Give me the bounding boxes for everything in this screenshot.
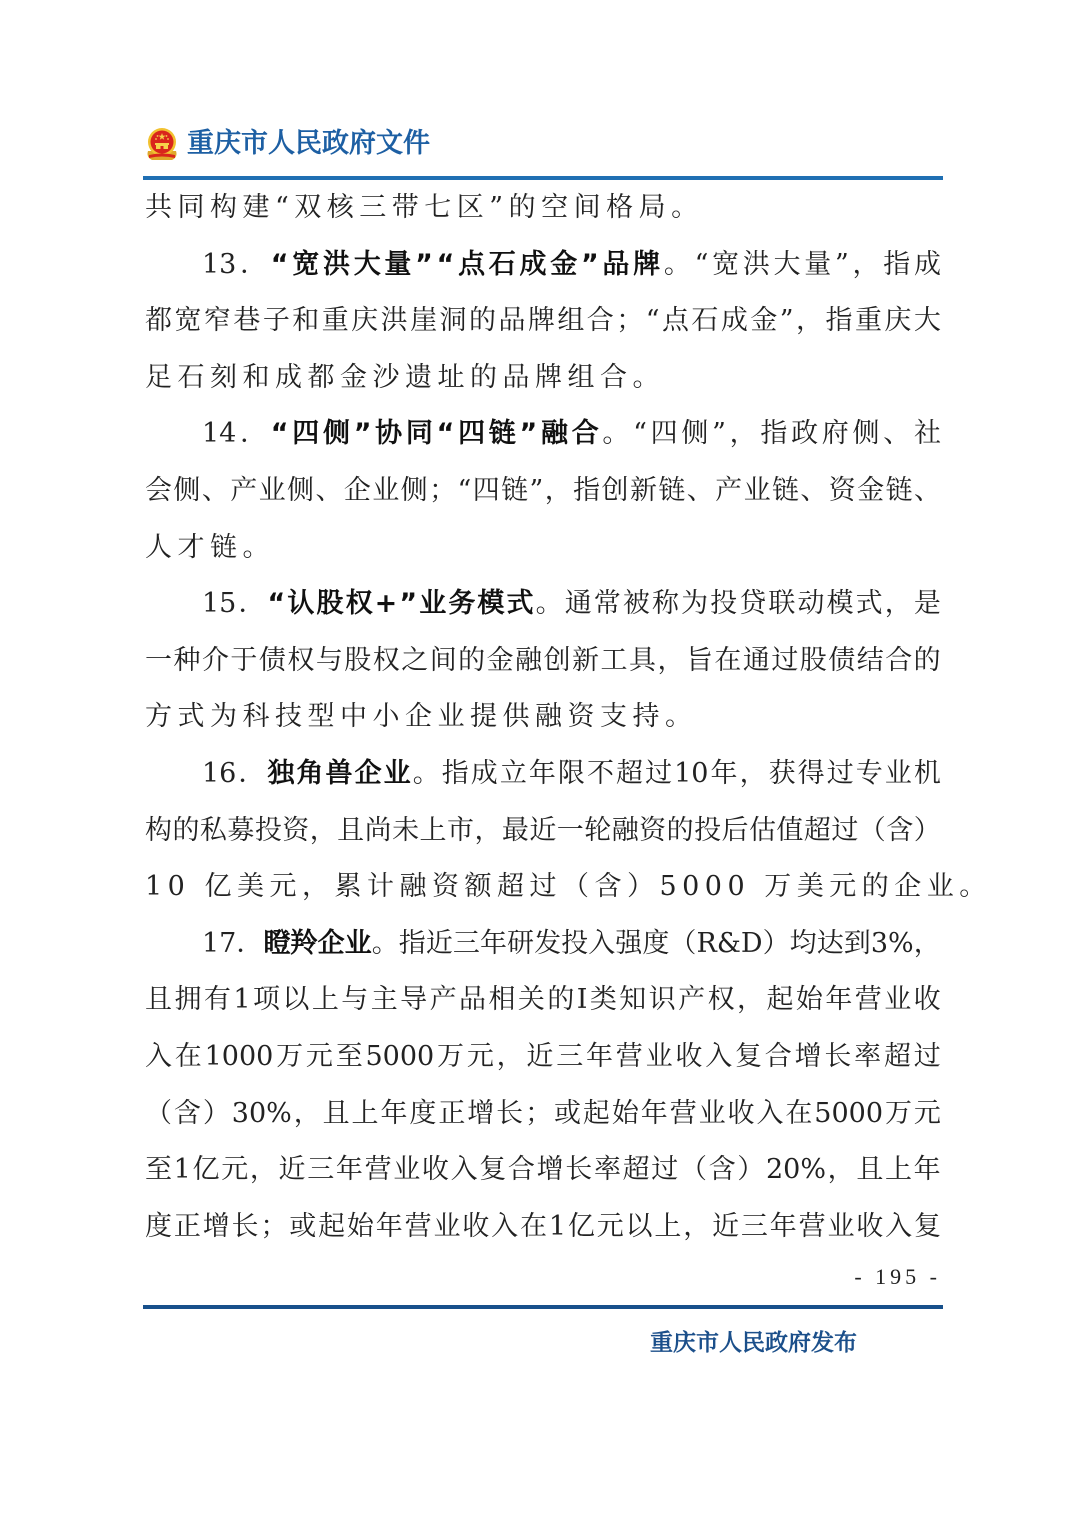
text-char: 会 — [145, 463, 172, 520]
text-char: 轮 — [584, 803, 611, 860]
text-char: 社 — [914, 406, 941, 463]
term-heading-char: 量 — [384, 237, 411, 294]
text-char: 超 — [616, 746, 643, 803]
text-line: 方式为科技型中小企业提供融资支持。 — [145, 689, 941, 746]
text-line: 构的私募投资，且尚未上市，最近一轮融资的投后估值超过（含） — [145, 803, 941, 860]
term-heading-char: 牌 — [633, 237, 660, 294]
text-char: 巷 — [233, 293, 260, 350]
term-heading-char: “ — [268, 576, 286, 633]
text-char: 含 — [174, 1086, 201, 1143]
text-char: 上 — [654, 1199, 681, 1256]
text-char: 一 — [145, 633, 172, 690]
text-char: 市 — [447, 803, 474, 860]
text-char: ， — [657, 633, 684, 690]
text-char: 收 — [856, 1199, 883, 1256]
text-char: 研 — [507, 916, 534, 973]
text-char: 度 — [409, 1086, 436, 1143]
text-char: 上 — [885, 1142, 912, 1199]
text-char: 宽 — [712, 237, 739, 294]
term-heading-char: 同 — [406, 406, 433, 463]
text-char: 权 — [373, 633, 400, 690]
text-char: ， — [497, 1029, 524, 1086]
text-char: 得 — [798, 746, 825, 803]
text-char: 15 — [202, 576, 236, 633]
text-char: 三 — [556, 1029, 583, 1086]
text-char: 收 — [422, 1142, 449, 1199]
term-heading-char: 四 — [458, 406, 485, 463]
text-char: 业 — [259, 463, 286, 520]
text-char: 链 — [501, 463, 528, 520]
text-char: 以 — [282, 972, 309, 1029]
text-char: 产 — [230, 463, 257, 520]
text-char: 侧 — [401, 463, 428, 520]
text-char: 获 — [769, 746, 796, 803]
text-segment: 足石刻和成都金沙遗址的品牌组合。 — [145, 350, 665, 407]
term-heading-char: 洪 — [323, 237, 350, 294]
text-char: 营 — [855, 972, 882, 1029]
text-char: 估 — [749, 803, 776, 860]
text-char: 的 — [172, 803, 199, 860]
text-char: 复 — [914, 1199, 941, 1256]
term-heading-char: 点 — [458, 237, 485, 294]
text-char: 年 — [480, 916, 507, 973]
text-char: 含 — [886, 803, 913, 860]
text-char: 达 — [817, 916, 844, 973]
text-char: 增 — [537, 1142, 564, 1199]
text-char: 识 — [649, 972, 676, 1029]
text-char: 主 — [371, 972, 398, 1029]
text-char: 年 — [641, 1086, 668, 1143]
text-char: 上 — [312, 972, 339, 1029]
term-heading-char: 务 — [448, 576, 475, 633]
text-char: 近 — [526, 1029, 553, 1086]
text-char: 未 — [392, 803, 419, 860]
text-char: 5000 — [366, 1029, 435, 1086]
text-char: 结 — [857, 633, 884, 690]
text-char: 在 — [520, 1199, 547, 1256]
text-char: 子 — [263, 293, 290, 350]
text-char: 募 — [227, 803, 254, 860]
term-heading-char: 独 — [267, 746, 294, 803]
text-char: 1000 — [205, 1029, 274, 1086]
text-char: ） — [914, 803, 941, 860]
text-char: 14 — [202, 406, 236, 463]
text-char: 入 — [451, 1142, 478, 1199]
text-char: 13 — [202, 237, 236, 294]
text-char: 、 — [315, 463, 342, 520]
text-char: 长 — [496, 1086, 523, 1143]
text-char: 重 — [855, 293, 882, 350]
text-line: 15．“认股权+”业务模式。通常被称为投贷联动模式，是 — [145, 576, 941, 633]
header-title: 重庆市人民政府文件 — [187, 122, 430, 166]
term-heading-char: ” — [399, 576, 417, 633]
text-char: 金 — [857, 463, 884, 520]
text-char: 年 — [825, 972, 852, 1029]
text-char: 度 — [642, 916, 669, 973]
text-char: 年 — [711, 746, 738, 803]
term-heading-char: ” — [354, 406, 372, 463]
text-char: 增 — [203, 1199, 230, 1256]
text-char: 机 — [914, 746, 941, 803]
text-char: 1 — [174, 1142, 191, 1199]
text-char: 5000 — [814, 1086, 883, 1143]
text-char: 年 — [376, 1199, 403, 1256]
text-char: 业 — [646, 1029, 673, 1086]
text-char: 率 — [594, 1142, 621, 1199]
term-heading-char: 业 — [419, 576, 446, 633]
text-char: 崖 — [410, 293, 437, 350]
text-char: 资 — [282, 803, 309, 860]
text-char: 融 — [515, 633, 542, 690]
text-char: 最 — [502, 803, 529, 860]
text-char: 增 — [795, 1029, 822, 1086]
text-char: 链 — [658, 463, 685, 520]
text-char: 产 — [430, 972, 457, 1029]
text-char: 16 — [202, 746, 236, 803]
text-char: 入 — [756, 1086, 783, 1143]
text-char: 新 — [630, 463, 657, 520]
text-char: 都 — [145, 293, 172, 350]
text-char: 在 — [175, 1029, 202, 1086]
text-char: 元 — [221, 1142, 248, 1199]
text-char: 链 — [886, 463, 913, 520]
text-char: 度 — [145, 1199, 172, 1256]
text-char: 股 — [344, 633, 371, 690]
text-char: 始 — [347, 1199, 374, 1256]
text-char: ， — [796, 293, 823, 350]
text-char: 增 — [467, 1086, 494, 1143]
text-char: 产 — [678, 972, 705, 1029]
text-char: ， — [853, 237, 880, 294]
text-char: 与 — [316, 633, 343, 690]
text-char: 立 — [500, 746, 527, 803]
text-char: 亿 — [568, 1199, 595, 1256]
text-char: 指 — [573, 463, 600, 520]
text-char: ． — [240, 406, 267, 463]
text-segment: 人才链。 — [145, 520, 275, 577]
text-char: 成 — [721, 293, 748, 350]
text-char: 的 — [667, 803, 694, 860]
text-char: 侧 — [681, 406, 708, 463]
text-char: 联 — [768, 576, 795, 633]
text-char: 的 — [914, 633, 941, 690]
text-char: ， — [250, 1142, 277, 1199]
text-char: 复 — [735, 1029, 762, 1086]
text-char: （ — [669, 916, 696, 973]
text-char: ， — [737, 972, 764, 1029]
term-heading-char: 股 — [316, 576, 343, 633]
text-char: 业 — [885, 746, 912, 803]
text-char: 入 — [491, 1199, 518, 1256]
text-char: 于 — [230, 633, 257, 690]
text-char: ． — [240, 237, 267, 294]
page-number: - 195 - — [854, 1264, 941, 1290]
text-char: ， — [310, 803, 337, 860]
text-char: ． — [238, 576, 265, 633]
text-char: 元 — [914, 1086, 941, 1143]
text-char: ． — [236, 916, 263, 973]
text-char: 有 — [204, 972, 231, 1029]
text-char: 且 — [856, 1142, 883, 1199]
text-char: ） — [737, 1142, 764, 1199]
text-char: ， — [294, 1086, 321, 1143]
text-segment: 10 亿美元，累计融资额超过（含）5000 万美元的企业。 — [145, 859, 992, 916]
term-heading-char: 四 — [292, 406, 319, 463]
text-char: 1 — [549, 1199, 566, 1256]
text-line: 一种介于债权与股权之间的金融创新工具，旨在通过股债结合的 — [145, 633, 941, 690]
term-heading-char: “ — [437, 237, 455, 294]
text-char: 到 — [844, 916, 871, 973]
text-char: 政 — [791, 406, 818, 463]
text-segment: 共同构建“双核三带七区”的空间格局。 — [145, 180, 704, 237]
text-char: 入 — [885, 1199, 912, 1256]
text-char: 产 — [715, 463, 742, 520]
text-char: 式 — [856, 576, 883, 633]
term-heading-char: 融 — [541, 406, 568, 463]
text-char: 三 — [453, 916, 480, 973]
text-char: ” — [835, 237, 849, 294]
text-char: 关 — [518, 972, 545, 1029]
text-char: 元 — [306, 1029, 333, 1086]
text-char: 知 — [619, 972, 646, 1029]
text-char: 入 — [705, 1029, 732, 1086]
text-char: 元 — [597, 1199, 624, 1256]
text-char: 与 — [341, 972, 368, 1029]
text-char: ） — [203, 1086, 230, 1143]
term-heading-char: 羚 — [291, 916, 318, 973]
text-char: Ⅰ — [577, 972, 588, 1029]
text-char: 之 — [401, 633, 428, 690]
text-char: 相 — [488, 972, 515, 1029]
text-char: 过 — [651, 1142, 678, 1199]
term-heading-char: + — [375, 576, 398, 633]
text-char: 业 — [433, 1199, 460, 1256]
text-char: 企 — [344, 463, 371, 520]
text-char: 投 — [561, 916, 588, 973]
text-char: 私 — [200, 803, 227, 860]
text-char: 牌 — [528, 293, 555, 350]
text-char: 。 — [536, 576, 563, 633]
term-heading-char: 大 — [354, 237, 381, 294]
text-char: 三 — [741, 1199, 768, 1256]
text-char: 、 — [800, 463, 827, 520]
text-char: 上 — [420, 803, 447, 860]
text-char: 值 — [776, 803, 803, 860]
text-char: 业 — [884, 972, 911, 1029]
text-char: 权 — [708, 972, 735, 1029]
term-heading-char: ” — [415, 237, 433, 294]
text-char: 模 — [827, 576, 854, 633]
text-line: 13．“宽洪大量”“点石成金”品牌。“宽洪大量”，指成 — [145, 237, 941, 294]
text-char: 、 — [883, 406, 910, 463]
term-heading-char: 企 — [318, 916, 345, 973]
text-char: 至 — [145, 1142, 172, 1199]
term-heading-char: “ — [271, 406, 289, 463]
text-char: 亿 — [193, 1142, 220, 1199]
text-char: 间 — [430, 633, 457, 690]
text-char: 强 — [615, 916, 642, 973]
text-char: 超 — [804, 803, 831, 860]
text-char: 导 — [400, 972, 427, 1029]
text-char: （ — [859, 803, 886, 860]
text-char: 宽 — [174, 293, 201, 350]
text-char: 正 — [174, 1199, 201, 1256]
text-char: 股 — [800, 633, 827, 690]
text-line: 17．瞪羚企业。指近三年研发投入强度（R&D）均达到3%， — [145, 916, 941, 973]
text-char: ） — [763, 916, 790, 973]
text-char: 且 — [323, 1086, 350, 1143]
text-line: 都宽窄巷子和重庆洪崖洞的品牌组合；“点石成金”，指重庆大 — [145, 293, 941, 350]
text-char: 收 — [914, 972, 941, 1029]
text-char: 介 — [202, 633, 229, 690]
text-line: 人才链。 — [145, 520, 941, 577]
footer-divider — [143, 1305, 943, 1309]
text-char: 始 — [796, 972, 823, 1029]
text-char: 20% — [766, 1142, 826, 1199]
text-char: 点 — [662, 293, 689, 350]
text-char: 入 — [588, 916, 615, 973]
text-char: ， — [740, 746, 767, 803]
term-heading-char: 协 — [375, 406, 402, 463]
text-char: 一 — [557, 803, 584, 860]
text-char: 含 — [709, 1142, 736, 1199]
text-char: 收 — [728, 1086, 755, 1143]
text-line: 入在1000万元至5000万元，近三年营业收入复合增长率超过 — [145, 1029, 941, 1086]
text-char: 、 — [202, 463, 229, 520]
text-line: 14．“四侧”协同“四链”融合。“四侧”，指政府侧、社 — [145, 406, 941, 463]
text-line: 至1亿元，近三年营业收入复合增长率超过（含）20%，且上年 — [145, 1142, 941, 1199]
text-char: 为 — [681, 576, 708, 633]
term-heading-char: 权 — [346, 576, 373, 633]
text-char: 元 — [467, 1029, 494, 1086]
text-char: ， — [683, 1199, 710, 1256]
text-char: 创 — [602, 463, 629, 520]
text-char: 庆 — [884, 293, 911, 350]
text-char: 业 — [699, 1086, 726, 1143]
text-char: 和 — [292, 293, 319, 350]
text-char: ； — [260, 1199, 287, 1256]
term-heading-char: 企 — [355, 746, 382, 803]
text-char: 重 — [322, 293, 349, 350]
text-char: 常 — [594, 576, 621, 633]
text-char: 合 — [765, 1029, 792, 1086]
text-char: 金 — [487, 633, 514, 690]
term-heading-char: 宽 — [292, 237, 319, 294]
text-char: 过 — [827, 746, 854, 803]
text-char: 在 — [785, 1086, 812, 1143]
term-heading-char: 合 — [572, 406, 599, 463]
text-char: 限 — [558, 746, 585, 803]
text-char: ； — [616, 293, 643, 350]
term-heading-char: 石 — [489, 237, 516, 294]
document-header: 重庆市人民政府文件 — [143, 122, 430, 166]
text-char: 长 — [565, 1142, 592, 1199]
text-char: 业 — [827, 1199, 854, 1256]
text-char: 大 — [914, 293, 941, 350]
text-char: 始 — [612, 1086, 639, 1143]
text-line: 且拥有1项以上与主导产品相关的Ⅰ类知识产权，起始年营业收 — [145, 972, 941, 1029]
text-char: R&D — [696, 916, 762, 973]
text-char: 尚 — [365, 803, 392, 860]
text-char: 府 — [822, 406, 849, 463]
text-char: 入 — [145, 1029, 172, 1086]
text-char: 指 — [760, 406, 787, 463]
text-char: 年 — [336, 1142, 363, 1199]
text-segment: 方式为科技型中小企业提供融资支持。 — [145, 689, 698, 746]
text-char: 或 — [289, 1199, 316, 1256]
text-char: 过 — [831, 803, 858, 860]
text-char: 业 — [744, 463, 771, 520]
text-char: 营 — [365, 1142, 392, 1199]
text-char: 过 — [914, 1029, 941, 1086]
text-char: 投 — [255, 803, 282, 860]
text-char: （ — [145, 1086, 172, 1143]
term-heading-char: 模 — [477, 576, 504, 633]
text-char: （ — [680, 1142, 707, 1199]
text-char: 通 — [565, 576, 592, 633]
national-emblem-icon — [143, 125, 181, 163]
text-char: 过 — [645, 746, 672, 803]
text-char: 金 — [750, 293, 777, 350]
text-char: 量 — [804, 237, 831, 294]
text-char: 均 — [790, 916, 817, 973]
text-char: 营 — [799, 1199, 826, 1256]
text-char: 资 — [829, 463, 856, 520]
text-char: 指 — [399, 916, 426, 973]
term-heading-char: 业 — [384, 746, 411, 803]
text-char: 且 — [337, 803, 364, 860]
term-heading-char: ” — [581, 237, 599, 294]
footer-publisher: 重庆市人民政府发布 — [650, 1324, 857, 1357]
text-char: 组 — [557, 293, 584, 350]
text-char: 侧 — [853, 406, 880, 463]
text-char: 债 — [828, 633, 855, 690]
text-char: 创 — [544, 633, 571, 690]
text-char: 超 — [884, 1029, 911, 1086]
text-char: 构 — [145, 803, 172, 860]
text-char: ， — [914, 916, 941, 973]
text-char: 年 — [529, 746, 556, 803]
text-char: 复 — [479, 1142, 506, 1199]
text-char: 投 — [710, 576, 737, 633]
text-char: 新 — [572, 633, 599, 690]
text-char: 、 — [914, 463, 941, 520]
text-char: ， — [545, 463, 572, 520]
text-char: 后 — [722, 803, 749, 860]
text-char: 万 — [276, 1029, 303, 1086]
term-heading-char: ” — [520, 406, 538, 463]
text-char: 债 — [259, 633, 286, 690]
text-char: 营 — [405, 1199, 432, 1256]
text-char: 在 — [714, 633, 741, 690]
text-char: 正 — [438, 1086, 465, 1143]
text-line: 会侧、产业侧、企业侧；“四链”，指创新链、产业链、资金链、 — [145, 463, 941, 520]
text-char: ” — [780, 293, 794, 350]
text-char: 或 — [554, 1086, 581, 1143]
text-char: 侧 — [287, 463, 314, 520]
text-char: 近 — [712, 1199, 739, 1256]
text-char: “ — [457, 463, 471, 520]
text-char: 动 — [797, 576, 824, 633]
text-char: 贷 — [739, 576, 766, 633]
text-line: 共同构建“双核三带七区”的空间格局。 — [145, 180, 941, 237]
text-char: 年 — [380, 1086, 407, 1143]
text-char: 成 — [914, 237, 941, 294]
text-char: 四 — [473, 463, 500, 520]
text-char: 工 — [601, 633, 628, 690]
text-char: 品 — [498, 293, 525, 350]
text-char: “ — [633, 406, 647, 463]
